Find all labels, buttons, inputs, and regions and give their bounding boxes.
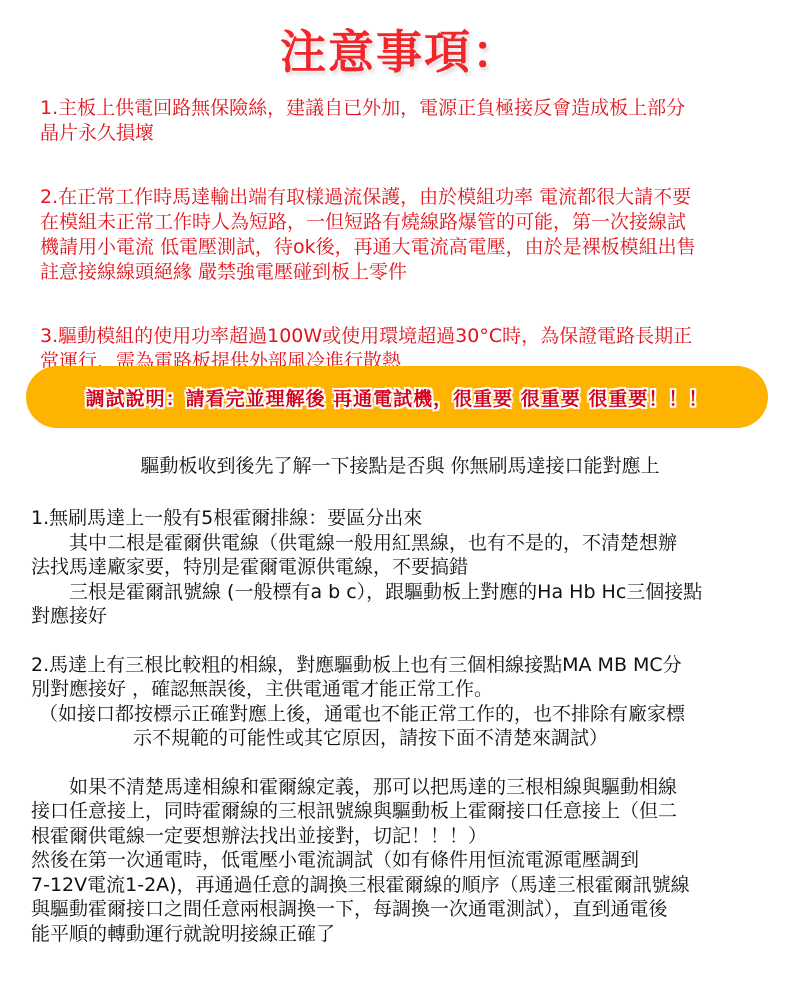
instruction-line: 對應接好: [31, 604, 771, 629]
wiring-instructions: 1.無刷馬達上一般有5根霍爾排線：要區分出來 其中二根是霍爾供電線（供電線一般用…: [31, 506, 771, 970]
instruction-line: 接口任意接上，同時霍爾線的三根訊號線與驅動板上霍爾接口任意接上（但二: [31, 799, 771, 824]
instruction-line: 三根是霍爾訊號線 (一般標有a b c），跟驅動板上對應的Ha Hb Hc三個接…: [31, 580, 771, 605]
banner-text: 調試說明：請看完並理解後 再通電試機，很重要 很重要 很重要！！！: [86, 384, 709, 411]
instruction-line: 2.馬達上有三根比較粗的相線，對應驅動板上也有三個相線接點MA MB MC分: [31, 653, 771, 678]
phase-wires-section: 2.馬達上有三根比較粗的相線，對應驅動板上也有三個相線接點MA MB MC分 別…: [31, 653, 771, 751]
page-title: 注意事項：: [0, 22, 800, 82]
instruction-line: （如接口都按標示正確對應上後，通電也不能正常工作的，也不排除有廠家標: [31, 702, 771, 727]
hall-wires-section: 1.無刷馬達上一般有5根霍爾排線：要區分出來 其中二根是霍爾供電線（供電線一般用…: [31, 506, 771, 629]
instruction-line: 1.無刷馬達上一般有5根霍爾排線：要區分出來: [31, 506, 771, 531]
instruction-line: 能平順的轉動運行就說明接線正確了: [31, 922, 771, 947]
debug-instructions-banner: 調試說明：請看完並理解後 再通電試機，很重要 很重要 很重要！！！: [26, 366, 768, 428]
instruction-line: 根霍爾供電線一定要想辦法找出並接對，切記！！！）: [31, 824, 771, 849]
precaution-line: 在模組未正常工作時人為短路，一但短路有燒線路爆管的可能，第一次接線試: [40, 210, 770, 235]
precaution-line: 註意接線線頭絕緣 嚴禁強電壓碰到板上零件: [40, 260, 770, 285]
precaution-line: 2.在正常工作時馬達輸出端有取樣過流保護，由於模組功率 電流都很大請不要: [40, 185, 770, 210]
precaution-line: 3.驅動模組的使用功率超過100W或使用環境超過30°C時，為保證電路長期正: [40, 324, 770, 349]
instruction-line: 然後在第一次通電時，低電壓小電流調試（如有條件用恒流電源電壓調到: [31, 848, 771, 873]
instruction-line: 如果不清楚馬達相線和霍爾線定義，那可以把馬達的三根相線與驅動相線: [31, 775, 771, 800]
instruction-line: 與驅動霍爾接口之間任意兩根調換一下，每調換一次通電測試），直到通電後: [31, 897, 771, 922]
instruction-line: 別對應接好 ，確認無誤後，主供電通電才能正常工作。: [31, 677, 771, 702]
trial-wiring-section: 如果不清楚馬達相線和霍爾線定義，那可以把馬達的三根相線與驅動相線 接口任意接上，…: [31, 775, 771, 947]
instruction-line: 7-12V電流1-2A)，再通過任意的調換三根霍爾線的順序（馬達三根霍爾訊號線: [31, 873, 771, 898]
precaution-item-2: 2.在正常工作時馬達輸出端有取樣過流保護，由於模組功率 電流都很大請不要 在模組…: [40, 185, 770, 285]
intro-text: 驅動板收到後先了解一下接點是否與 你無刷馬達接口能對應上: [0, 453, 800, 479]
instruction-line: 法找馬達廠家要，特別是霍爾電源供電線，不要搞錯: [31, 555, 771, 580]
precaution-line: 機請用小電流 低電壓測試，待ok後，再通大電流高電壓，由於是裸板模組出售: [40, 235, 770, 260]
precaution-item-1: 1.主板上供電回路無保險絲，建議自已外加，電源正負極接反會造成板上部分 晶片永久…: [40, 96, 770, 146]
instruction-line: 示不規範的可能性或其它原因，請按下面不清楚來調試）: [31, 726, 771, 751]
instruction-line: 其中二根是霍爾供電線（供電線一般用紅黑線，也有不是的，不清楚想辦: [31, 531, 771, 556]
precaution-line: 晶片永久損壞: [40, 121, 770, 146]
precaution-line: 1.主板上供電回路無保險絲，建議自已外加，電源正負極接反會造成板上部分: [40, 96, 770, 121]
